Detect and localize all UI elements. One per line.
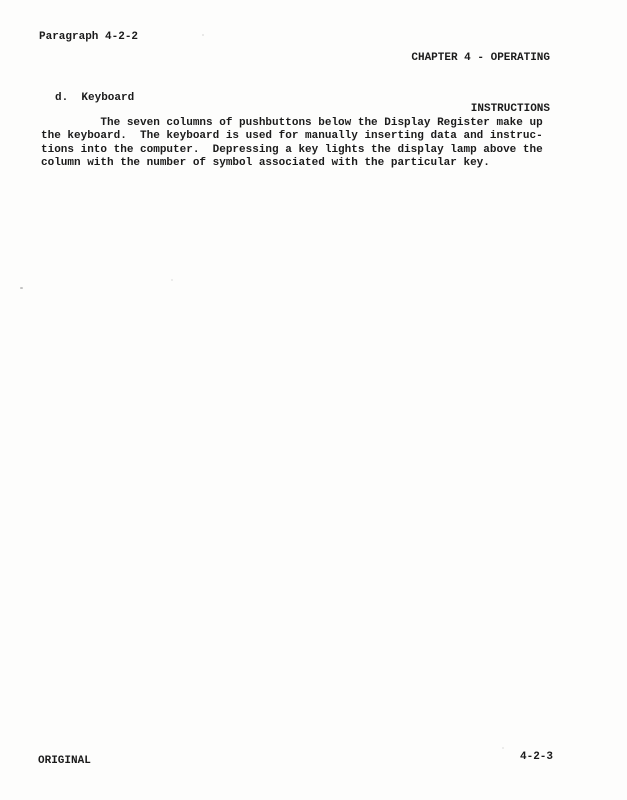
scan-speck bbox=[202, 34, 204, 36]
scan-speck bbox=[20, 287, 23, 289]
body-paragraph: The seven columns of pushbuttons below t… bbox=[41, 117, 543, 171]
scan-speck bbox=[502, 747, 504, 749]
chapter-header-line2: INSTRUCTIONS bbox=[411, 101, 550, 118]
chapter-header-line1: CHAPTER 4 - OPERATING bbox=[411, 50, 550, 67]
section-heading: d. Keyboard bbox=[55, 92, 134, 105]
document-page: CHAPTER 4 - OPERATING INSTRUCTIONS Parag… bbox=[0, 0, 627, 800]
scan-speck bbox=[171, 279, 173, 281]
footer-page-number: 4-2-3 bbox=[520, 751, 553, 764]
paragraph-reference: Paragraph 4-2-2 bbox=[39, 31, 138, 44]
footer-classification: ORIGINAL bbox=[38, 755, 91, 768]
